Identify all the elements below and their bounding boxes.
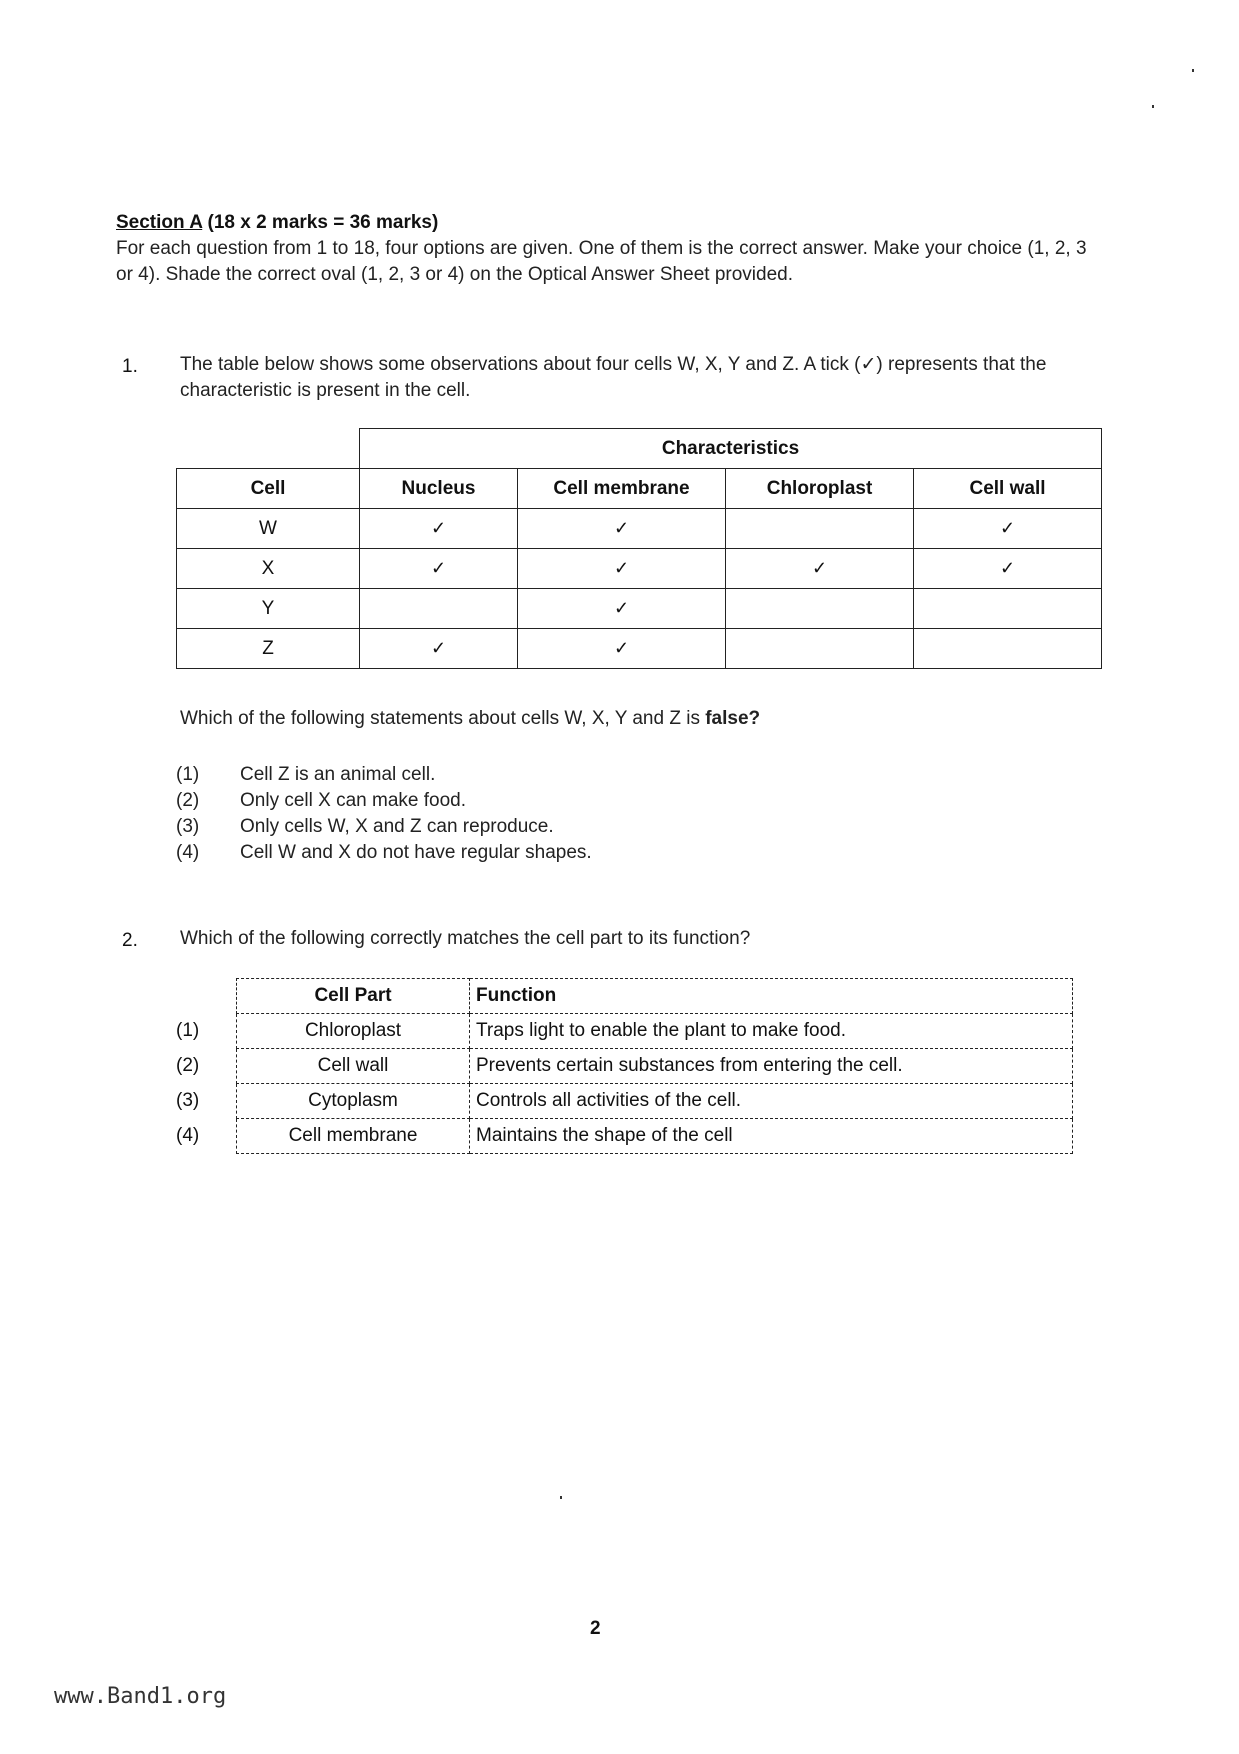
tick-mark: ✓	[518, 629, 726, 669]
scan-speck	[1152, 105, 1154, 108]
observations-table: Characteristics Cell Nucleus Cell membra…	[176, 428, 1102, 669]
section-marks: (18 x 2 marks = 36 marks)	[208, 212, 439, 233]
option-text: Cell Z is an animal cell.	[240, 762, 435, 788]
table-row: Chloroplast Traps light to enable the pl…	[237, 1014, 1073, 1049]
header-cell: Cell	[177, 469, 360, 509]
tick-mark: ✓	[518, 589, 726, 629]
section-title: Section A	[116, 212, 202, 233]
cell-part: Cell membrane	[237, 1119, 470, 1154]
option-number: (1)	[176, 1013, 199, 1048]
option-2: (2)Only cell X can make food.	[176, 788, 592, 814]
section-heading: Section A (18 x 2 marks = 36 marks)	[116, 212, 438, 234]
cell-part: Cell wall	[237, 1049, 470, 1084]
table-row: X ✓ ✓ ✓ ✓	[177, 549, 1102, 589]
option-1: (1)Cell Z is an animal cell.	[176, 762, 592, 788]
table-corner	[177, 429, 360, 469]
option-number: (4)	[176, 840, 240, 866]
page-number: 2	[590, 1618, 601, 1640]
question-2-number: 2.	[122, 930, 138, 952]
tick-mark	[726, 589, 914, 629]
row-label: Z	[177, 629, 360, 669]
option-number: (2)	[176, 788, 240, 814]
table-row: Cytoplasm Controls all activities of the…	[237, 1084, 1073, 1119]
row-label: Y	[177, 589, 360, 629]
option-number: (4)	[176, 1118, 199, 1153]
tick-mark	[726, 629, 914, 669]
question-1-prompt: Which of the following statements about …	[180, 706, 760, 732]
scan-speck	[560, 1496, 562, 1499]
tick-mark: ✓	[914, 549, 1102, 589]
tick-mark: ✓	[518, 549, 726, 589]
cell-function: Maintains the shape of the cell	[470, 1119, 1073, 1154]
question-1-options: (1)Cell Z is an animal cell. (2)Only cel…	[176, 762, 592, 866]
tick-mark: ✓	[360, 549, 518, 589]
option-text: Only cell X can make food.	[240, 788, 466, 814]
prompt-text: Which of the following statements about …	[180, 708, 705, 729]
table-header-row: Cell Part Function	[237, 979, 1073, 1014]
table-row: W ✓ ✓ ✓	[177, 509, 1102, 549]
table-row: Y ✓	[177, 589, 1102, 629]
tick-mark: ✓	[518, 509, 726, 549]
header-chloroplast: Chloroplast	[726, 469, 914, 509]
header-cell-part: Cell Part	[237, 979, 470, 1014]
option-number: (3)	[176, 1083, 199, 1118]
tick-mark	[914, 629, 1102, 669]
question-1-text: The table below shows some observations …	[180, 352, 1080, 404]
characteristics-header: Characteristics	[360, 429, 1102, 469]
cell-part-function-table: Cell Part Function Chloroplast Traps lig…	[236, 978, 1073, 1154]
option-number: (1)	[176, 762, 240, 788]
option-number: (3)	[176, 814, 240, 840]
footer-watermark: www.Band1.org	[54, 1684, 226, 1709]
option-number: (2)	[176, 1048, 199, 1083]
cell-function: Controls all activities of the cell.	[470, 1084, 1073, 1119]
cell-part: Chloroplast	[237, 1014, 470, 1049]
cell-part: Cytoplasm	[237, 1084, 470, 1119]
tick-mark	[726, 509, 914, 549]
tick-mark: ✓	[914, 509, 1102, 549]
scan-speck	[1192, 69, 1194, 72]
row-label: W	[177, 509, 360, 549]
tick-mark	[360, 589, 518, 629]
tick-mark: ✓	[726, 549, 914, 589]
question-2-option-numbers: (1) (2) (3) (4)	[176, 1013, 199, 1153]
tick-mark: ✓	[360, 509, 518, 549]
option-text: Only cells W, X and Z can reproduce.	[240, 814, 554, 840]
section-instructions: For each question from 1 to 18, four opt…	[116, 236, 1096, 288]
option-4: (4)Cell W and X do not have regular shap…	[176, 840, 592, 866]
option-3: (3)Only cells W, X and Z can reproduce.	[176, 814, 592, 840]
question-2-text: Which of the following correctly matches…	[180, 926, 750, 952]
table-row: Cell wall Prevents certain substances fr…	[237, 1049, 1073, 1084]
prompt-emphasis: false?	[705, 708, 760, 729]
header-cell-wall: Cell wall	[914, 469, 1102, 509]
cell-function: Prevents certain substances from enterin…	[470, 1049, 1073, 1084]
row-label: X	[177, 549, 360, 589]
table-row: Cell membrane Maintains the shape of the…	[237, 1119, 1073, 1154]
table-row: Z ✓ ✓	[177, 629, 1102, 669]
option-text: Cell W and X do not have regular shapes.	[240, 840, 592, 866]
tick-mark	[914, 589, 1102, 629]
tick-mark: ✓	[360, 629, 518, 669]
header-cell-membrane: Cell membrane	[518, 469, 726, 509]
header-function: Function	[470, 979, 1073, 1014]
cell-function: Traps light to enable the plant to make …	[470, 1014, 1073, 1049]
table-header-row: Cell Nucleus Cell membrane Chloroplast C…	[177, 469, 1102, 509]
header-nucleus: Nucleus	[360, 469, 518, 509]
question-1-number: 1.	[122, 356, 138, 378]
